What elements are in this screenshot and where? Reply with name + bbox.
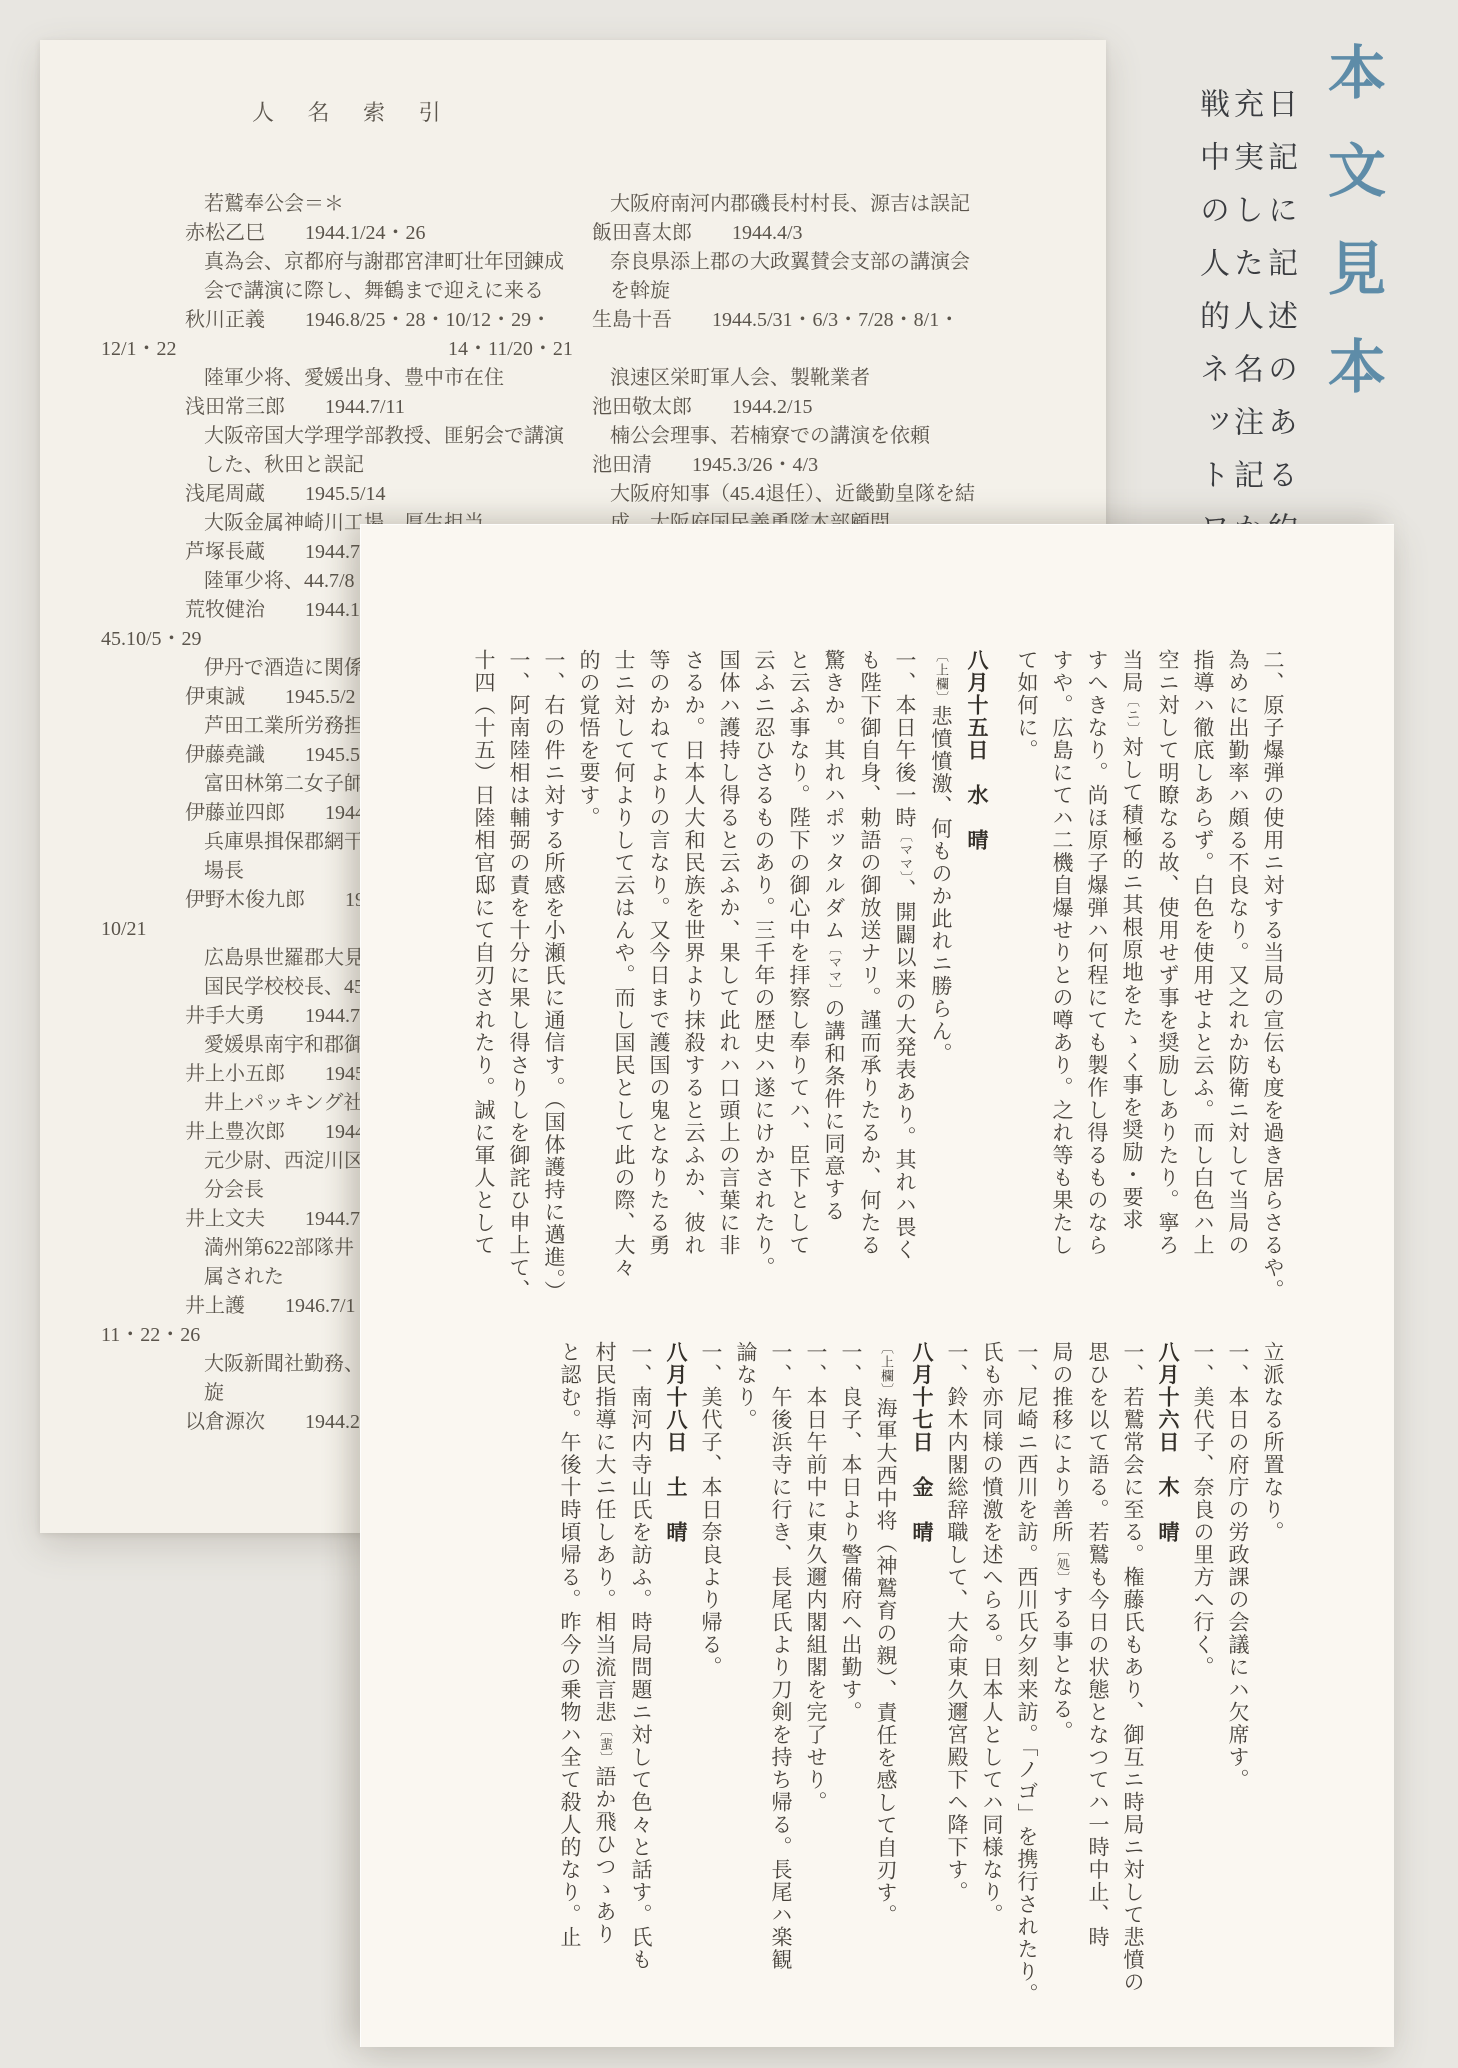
index-line: 池田清 1945.3/26・4/3 bbox=[448, 451, 975, 480]
index-line: 奈良県添上郡の大政翼賛会支部の講演会 bbox=[448, 248, 975, 277]
diary-text-column: て如何に。 bbox=[1009, 649, 1044, 1349]
diary-text-column: 当局〔ニ〕対して積極的ニ其根原地をたゝく事を奨励・要求 bbox=[1114, 649, 1150, 1349]
diary-text-column: 一、美代子、本日奈良より帰る。 bbox=[693, 1341, 728, 2021]
index-line: 14・11/20・21 bbox=[448, 335, 975, 364]
diary-text-column: 村民指導に大ニ任しあり。相当流言悲〔蜚〕語か飛ひつゝあり bbox=[587, 1341, 623, 2021]
diary-text-column: 一、鈴木内閣総辞職して、大命東久邇宮殿下ヘ降下す。 bbox=[939, 1341, 974, 2021]
diary-text-column: 一、本日午後一時〔ママ〕、開闢以来の大発表あり。其れハ畏く bbox=[887, 649, 923, 1349]
diary-text-column: 一、阿南陸相は輔弼の責を十分に果し得さりしを御詫ひ申上て、 bbox=[501, 649, 536, 1349]
diary-lower-band: 立派なる所置なり。一、本日の府庁の労政課の会議にハ欠席す。一、美代子、奈良の里方… bbox=[552, 1341, 1290, 2021]
diary-text-column: 一、右の件ニ対する所感を小瀬氏に通信す。（国体護持に邁進。） bbox=[536, 649, 571, 1349]
index-line: 大阪府南河内郡磯長村村長、源吉は誤記 bbox=[448, 190, 975, 219]
diary-text-column: すへきなり。尚ほ原子爆弾ハ何程にても製作し得るものなら bbox=[1079, 649, 1114, 1349]
diary-date-heading: 八月十五日 水 晴 bbox=[959, 649, 994, 1349]
page-title: 本文見本 bbox=[1322, 42, 1380, 434]
index-right-column: 大阪府南河内郡磯長村村長、源吉は誤記飯田喜太郎 1944.4/3奈良県添上郡の大… bbox=[448, 190, 975, 538]
index-line: を斡旋 bbox=[448, 277, 975, 306]
diary-text-column: 士ニ対して何よりして云はんや。而し国民として此の際、大々 bbox=[606, 649, 641, 1349]
diary-text-column: 立派なる所置なり。 bbox=[1255, 1341, 1290, 2021]
diary-text-column: 一、午後浜寺に行き、長尾氏より刀剣を持ち帰る。長尾ハ楽観 bbox=[763, 1341, 798, 2021]
backdrop: 本文見本 日記に記述のある約４００名の 充実した人名注記から 戦中の人的ネットワ… bbox=[0, 0, 1458, 2068]
diary-page: 二、原子爆弾の使用ニ対する当局の宣伝も度を過き居らさるや。為めに出勤率ハ頗る不良… bbox=[360, 524, 1394, 2047]
diary-text-column: 二、原子爆弾の使用ニ対する当局の宣伝も度を過き居らさるや。 bbox=[1255, 649, 1290, 1349]
diary-text-column: 〔上欄〕悲憤憤激、何ものか此れニ勝らん。 bbox=[923, 649, 959, 1349]
diary-text-column: も陛下御自身、勅語の御放送ナリ。謹而承りたるか、何たる bbox=[852, 649, 887, 1349]
diary-text-column: 一、本日の府庁の労政課の会議にハ欠席す。 bbox=[1220, 1341, 1255, 2021]
diary-text-column: すや。広島にてハ二機自爆せりとの噂あり。之れ等も果たし bbox=[1044, 649, 1079, 1349]
diary-text-column: 一、若鷲常会に至る。権藤氏もあり、御互ニ時局ニ対して悲憤の bbox=[1115, 1341, 1150, 2021]
index-page-title: 人 名 索 引 bbox=[252, 96, 455, 127]
diary-text-column: 為めに出勤率ハ頗る不良なり。又之れか防衛ニ対して当局の bbox=[1220, 649, 1255, 1349]
index-line: 飯田喜太郎 1944.4/3 bbox=[448, 219, 975, 248]
index-line: 大阪府知事（45.4退任）、近畿勤皇隊を結 bbox=[448, 480, 975, 509]
diary-text-column: 空ニ対して明瞭なる故、使用せず事を奨励しありたり。寧ろ bbox=[1150, 649, 1185, 1349]
diary-text-column: 的の覚悟を要す。 bbox=[571, 649, 606, 1349]
diary-text-column: 一、良子、本日より警備府ヘ出勤す。 bbox=[833, 1341, 868, 2021]
diary-text-column: 氏も亦同様の憤激を述へらる。日本人としてハ同様なり。 bbox=[974, 1341, 1009, 2021]
diary-text-column: 〔上欄〕海軍大西中将（神鷲育の親）、責任を感して自刃す。 bbox=[868, 1341, 904, 2021]
index-line: 池田敬太郎 1944.2/15 bbox=[448, 393, 975, 422]
diary-text-column: 思ひを以て語る。若鷲も今日の状態となつてハ一時中止、時 bbox=[1080, 1341, 1115, 2021]
diary-text-column: 十四（十五）日陸相官邸にて自刃されたり。誠に軍人として bbox=[466, 649, 501, 1349]
diary-text-column: 一、本日午前中に東久邇内閣組閣を完了せり。 bbox=[798, 1341, 833, 2021]
diary-text-column: 指導ハ徹底しあらず。白色を使用せよと云ふ。而し白色ハ上 bbox=[1185, 649, 1220, 1349]
diary-text-column: 等のかねてよりの言なり。又今日まで護国の鬼となりたる勇 bbox=[641, 649, 676, 1349]
diary-text-column: 一、美代子、奈良の里方へ行く。 bbox=[1185, 1341, 1220, 2021]
diary-text-column: 局の推移により善所〔処〕する事となる。 bbox=[1044, 1341, 1080, 2021]
index-line: 楠公会理事、若楠寮での講演を依頼 bbox=[448, 422, 975, 451]
diary-text-column: 一、尼崎ニ西川を訪。西川氏夕刻来訪。「ノゴ」を携行されたり。 bbox=[1009, 1341, 1044, 2021]
diary-text-column: 驚きか。其れハポッタルダム〔ママ〕の講和条件に同意する bbox=[816, 649, 852, 1349]
diary-text-column: さるか。日本人大和民族を世界より抹殺すると云ふか、彼れ bbox=[676, 649, 711, 1349]
diary-text-column: 国体ハ護持し得ると云ふか、果して此れハ口頭上の言葉に非 bbox=[711, 649, 746, 1349]
diary-text-column: 論なり。 bbox=[728, 1341, 763, 2021]
diary-text-column: 云ふニ忍ひさるものあり。三千年の歴史ハ遂にけかされたり。 bbox=[746, 649, 781, 1349]
index-line: 生島十吾 1944.5/31・6/3・7/28・8/1・ bbox=[448, 306, 975, 335]
diary-text-column: と認む。午後十時頃帰る。昨今の乗物ハ全て殺人的なり。止 bbox=[552, 1341, 587, 2021]
diary-date-heading: 八月十八日 土 晴 bbox=[658, 1341, 693, 2021]
diary-text-column: と云ふ事なり。陛下の御心中を拝察し奉りてハ、臣下として bbox=[781, 649, 816, 1349]
diary-date-heading: 八月十六日 木 晴 bbox=[1150, 1341, 1185, 2021]
diary-upper-band: 二、原子爆弾の使用ニ対する当局の宣伝も度を過き居らさるや。為めに出勤率ハ頗る不良… bbox=[466, 649, 1290, 1349]
diary-text-column: 一、南河内寺山氏を訪ふ。時局問題ニ対して色々と話す。氏も bbox=[623, 1341, 658, 2021]
diary-date-heading: 八月十七日 金 晴 bbox=[904, 1341, 939, 2021]
index-line: 浪速区栄町軍人会、製靴業者 bbox=[448, 364, 975, 393]
